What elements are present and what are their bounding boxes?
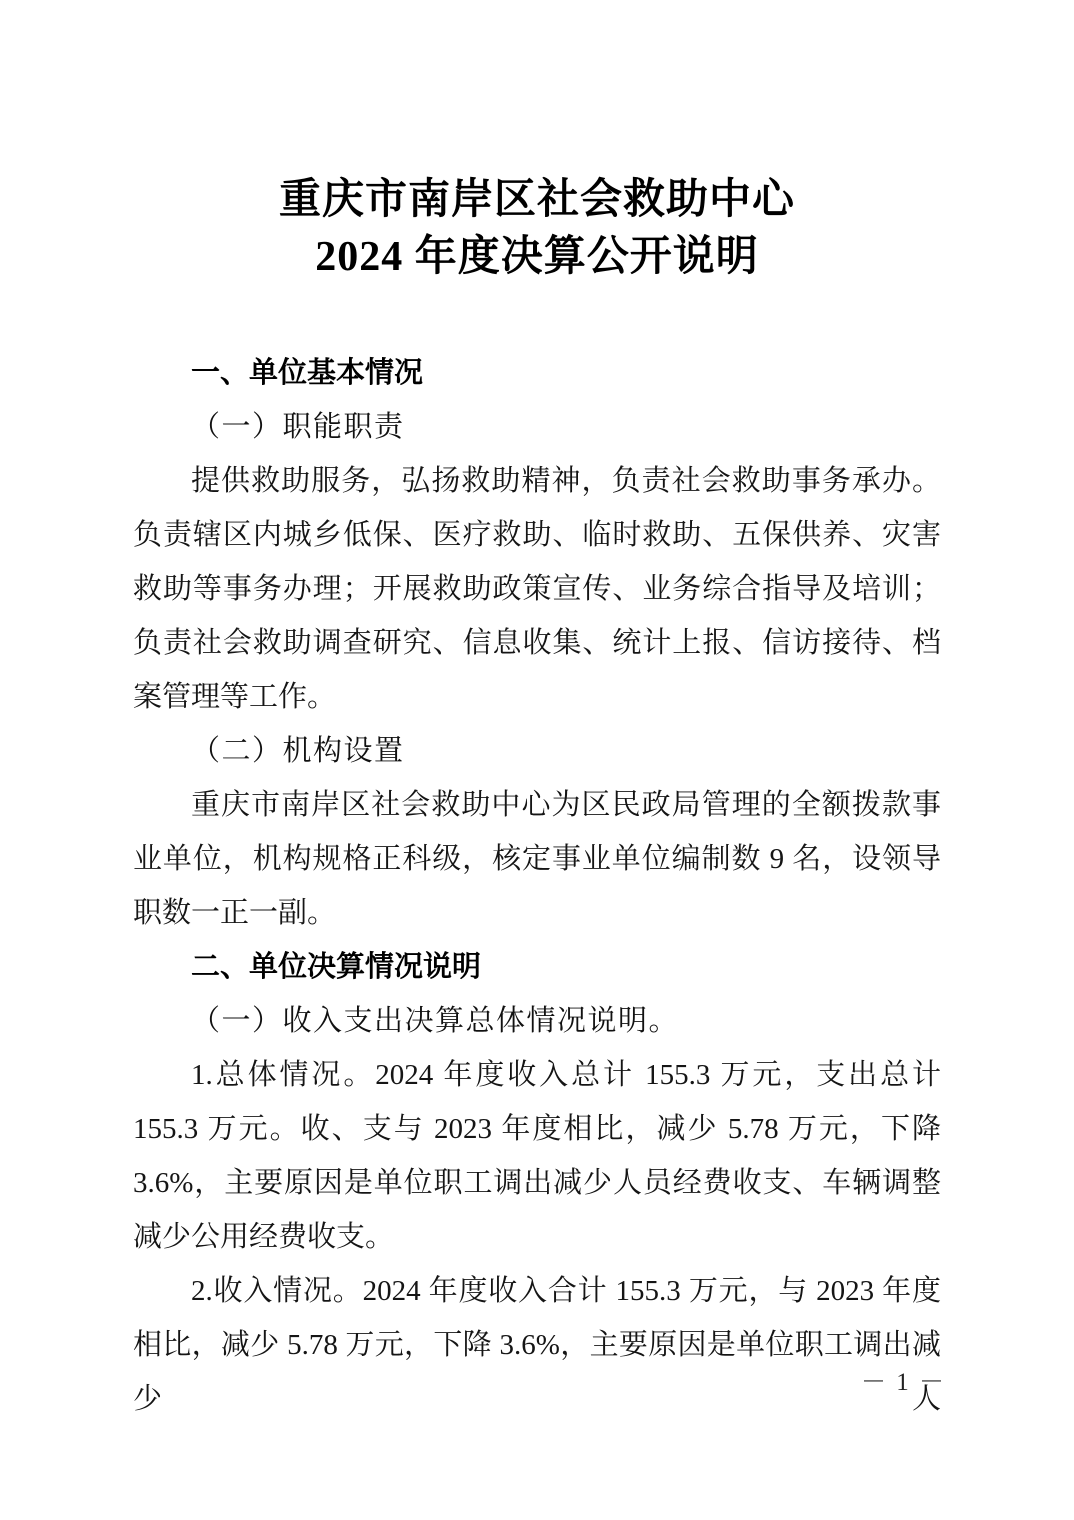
page-number: － 1 － [861, 1362, 946, 1398]
paragraph-duties: 提供救助服务，弘扬救助精神，负责社会救助事务承办。负责辖区内城乡低保、医疗救助、… [133, 454, 941, 724]
subheading-overall-revenue-expenditure: （一）收入支出决算总体情况说明。 [133, 994, 941, 1048]
section-heading-unit-basic-info: 一、单位基本情况 [133, 346, 941, 400]
document-page: 重庆市南岸区社会救助中心 2024 年度决算公开说明 一、单位基本情况 （一）职… [0, 0, 1074, 1520]
section-heading-final-accounts: 二、单位决算情况说明 [133, 940, 941, 994]
document-body: 一、单位基本情况 （一）职能职责 提供救助服务，弘扬救助精神，负责社会救助事务承… [133, 346, 941, 1426]
paragraph-org-setup: 重庆市南岸区社会救助中心为区民政局管理的全额拨款事业单位，机构规格正科级，核定事… [133, 778, 941, 940]
document-title: 重庆市南岸区社会救助中心 2024 年度决算公开说明 [0, 172, 1074, 286]
page-title-line1: 重庆市南岸区社会救助中心 [0, 172, 1074, 229]
paragraph-overall-situation: 1.总体情况。2024 年度收入总计 155.3 万元，支出总计 155.3 万… [133, 1048, 941, 1264]
paragraph-revenue-situation: 2.收入情况。2024 年度收入合计 155.3 万元，与 2023 年度相比，… [133, 1264, 941, 1426]
page-title-line2: 2024 年度决算公开说明 [0, 229, 1074, 286]
subheading-duties: （一）职能职责 [133, 400, 941, 454]
subheading-org-setup: （二）机构设置 [133, 724, 941, 778]
